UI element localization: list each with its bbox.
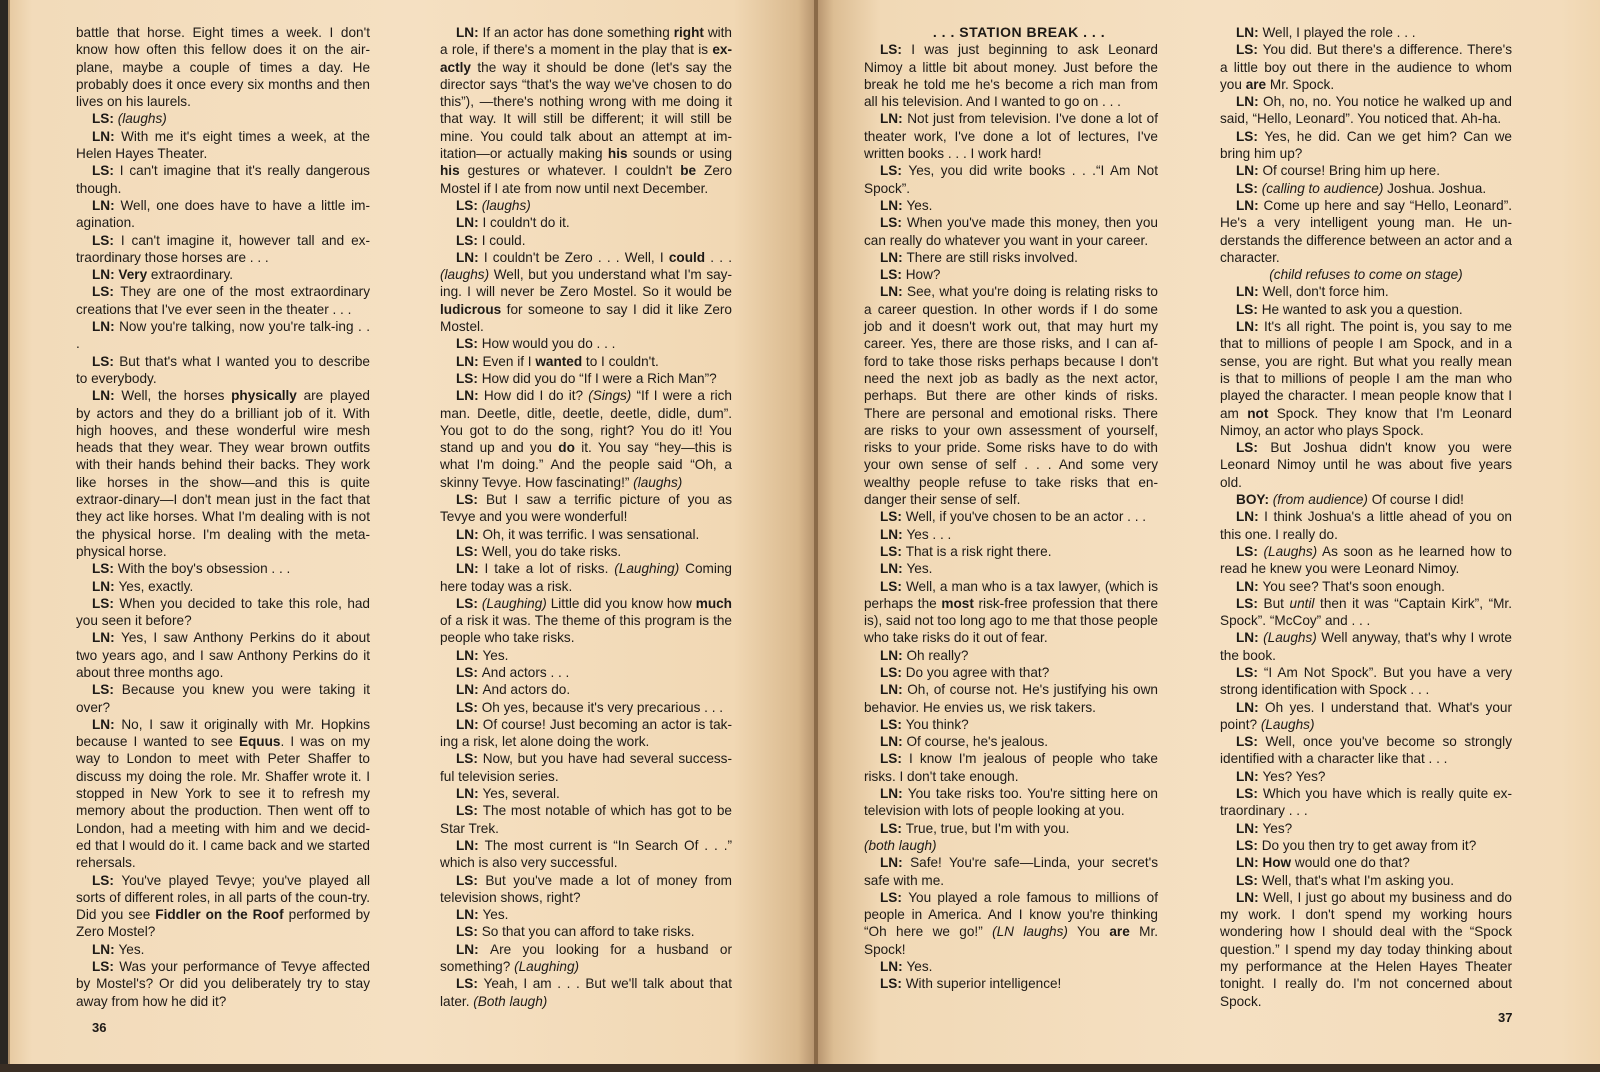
page-number-right: 37	[1498, 1010, 1512, 1025]
dialogue-text: Oh, it was terrific. I was sensational.	[482, 527, 699, 542]
speaker-label: LS:	[456, 596, 482, 611]
dialogue-paragraph: LS: Because you knew you were taking it …	[76, 681, 370, 716]
dialogue-paragraph: LS: (Laughs) As soon as he learned how t…	[1220, 543, 1512, 578]
stage-direction: (laughs)	[118, 111, 167, 126]
dialogue-text: Yes.	[118, 942, 144, 957]
dialogue-text: not	[1247, 406, 1268, 421]
speaker-label: LS:	[456, 371, 482, 386]
speaker-label: LS:	[456, 700, 482, 715]
dialogue-text: do	[558, 440, 575, 455]
speaker-label: LS:	[880, 163, 908, 178]
dialogue-text: are	[1109, 924, 1129, 939]
dialogue-paragraph: LS: Which you have which is really quite…	[1220, 785, 1512, 820]
speaker-label: LS:	[456, 336, 482, 351]
dialogue-text: Yes, I saw Anthony Perkins do it about t…	[76, 630, 370, 680]
dialogue-paragraph: LS: Was your performance of Tevye affect…	[76, 958, 370, 1010]
dialogue-text: Yes, you did write books . . .“I Am Not …	[864, 163, 1158, 195]
dialogue-paragraph: LN: Yes.	[864, 197, 1158, 214]
dialogue-text: Was your performance of Tevye affected b…	[76, 959, 370, 1009]
dialogue-text: to I couldn't.	[582, 354, 659, 369]
dialogue-paragraph: LN: Come up here and say “Hello, Leonard…	[1220, 197, 1512, 266]
dialogue-text: . I was on my way to London to meet with…	[76, 734, 370, 870]
dialogue-paragraph: LN: I couldn't do it.	[440, 214, 732, 231]
dialogue-text: You think?	[906, 717, 969, 732]
speaker-label: LS:	[456, 665, 482, 680]
speaker-label: LN:	[880, 561, 906, 576]
dialogue-text: sounds or using	[628, 146, 732, 161]
speaker-label: LN:	[880, 682, 907, 697]
dialogue-paragraph: LS: I know I'm jealous of people who tak…	[864, 750, 1158, 785]
dialogue-paragraph: LN: Now you're talking, now you're talk-…	[76, 318, 370, 353]
dialogue-paragraph: LN: Yes.	[864, 958, 1158, 975]
dialogue-text: Of course, he's jealous.	[906, 734, 1048, 749]
dialogue-paragraph: LN: Of course, he's jealous.	[864, 733, 1158, 750]
dialogue-paragraph: LN: Of course! Bring him up here.	[1220, 162, 1512, 179]
dialogue-text: Of course! Just becoming an actor is tak…	[440, 717, 732, 749]
dialogue-paragraph: LN: Well, the horses physically are play…	[76, 387, 370, 560]
stage-direction: (Laughing)	[514, 959, 579, 974]
speaker-label: LN:	[1236, 163, 1262, 178]
dialogue-paragraph: LS: I could.	[440, 232, 732, 249]
dialogue-paragraph: LN: And actors do.	[440, 681, 732, 698]
speaker-label: LS:	[880, 821, 906, 836]
speaker-label: LN:	[456, 786, 482, 801]
dialogue-text: Yes, he did. Can we get him? Can we brin…	[1220, 129, 1512, 161]
dialogue-text: How would you do . . .	[482, 336, 616, 351]
dialogue-text: You take risks too. You're sitting here …	[864, 786, 1158, 818]
speaker-label: LS:	[880, 509, 906, 524]
dialogue-text: Yes.	[906, 561, 932, 576]
dialogue-text: Do you then try to get away from it?	[1262, 838, 1477, 853]
left-page: battle that horse. Eight times a week. I…	[8, 0, 814, 1068]
dialogue-text: Fiddler on the Roof	[155, 907, 283, 922]
dialogue-paragraph: LS: True, true, but I'm with you.	[864, 820, 1158, 837]
dialogue-paragraph: LN: Oh yes. I understand that. What's yo…	[1220, 699, 1512, 734]
dialogue-paragraph: LN: Yes?	[1220, 820, 1512, 837]
dialogue-paragraph: LS: But until then it was “Captain Kirk”…	[1220, 595, 1512, 630]
dialogue-paragraph: LN: How would one do that?	[1220, 854, 1512, 871]
dialogue-text: How did you do “If I were a Rich Man”?	[482, 371, 717, 386]
speaker-label: LN:	[92, 198, 120, 213]
speaker-label: LS:	[456, 492, 486, 507]
dialogue-paragraph: LS: I was just beginning to ask Leonard …	[864, 41, 1158, 110]
dialogue-paragraph: LN: Of course! Just becoming an actor is…	[440, 716, 732, 751]
speaker-label: LN:	[1236, 700, 1265, 715]
speaker-label: LS:	[1236, 873, 1262, 888]
dialogue-text: But that's what I wanted you to describe…	[76, 354, 370, 386]
dialogue-paragraph: LS: (laughs)	[440, 197, 732, 214]
dialogue-paragraph: (child refuses to come on stage)	[1220, 266, 1512, 283]
dialogue-text: Well, one does have to have a little im-…	[76, 198, 370, 230]
dialogue-text: When you decided to take this role, had …	[76, 596, 370, 628]
speaker-label: LS:	[880, 579, 906, 594]
dialogue-paragraph: LN: Yes.	[864, 560, 1158, 577]
speaker-label: LS:	[880, 890, 908, 905]
speaker-label: LS:	[880, 215, 907, 230]
dialogue-text: Well, if you've chosen to be an actor . …	[906, 509, 1146, 524]
stage-direction: (laughs)	[440, 267, 489, 282]
dialogue-paragraph: LN: Not just from television. I've done …	[864, 110, 1158, 162]
speaker-label: LN:	[92, 319, 119, 334]
speaker-label: LN:	[456, 215, 482, 230]
speaker-label: LN:	[456, 838, 485, 853]
dialogue-paragraph: LN: Yes.	[440, 647, 732, 664]
dialogue-text: If an actor has done something	[483, 25, 674, 40]
dialogue-paragraph: LN: Safe! You're safe—Linda, your secret…	[864, 854, 1158, 889]
speaker-label: LN:	[880, 284, 907, 299]
dialogue-text: Yes, exactly.	[118, 579, 193, 594]
speaker-label: LS:	[92, 163, 120, 178]
dialogue-paragraph: BOY: (from audience) Of course I did!	[1220, 491, 1512, 508]
dialogue-paragraph: LS: Yes, he did. Can we get him? Can we …	[1220, 128, 1512, 163]
dialogue-paragraph: LS: You did. But there's a difference. T…	[1220, 41, 1512, 93]
dialogue-paragraph: LS: But Joshua didn't know you were Leon…	[1220, 439, 1512, 491]
dialogue-paragraph: LN: Yes . . .	[864, 526, 1158, 543]
dialogue-text: Oh, of course not. He's justifying his o…	[864, 682, 1158, 714]
dialogue-text: Yes.	[482, 907, 508, 922]
dialogue-paragraph: LN: Even if I wanted to I couldn't.	[440, 353, 732, 370]
stage-direction: (Laughs)	[1261, 717, 1315, 732]
dialogue-paragraph: LS: When you've made this money, then yo…	[864, 214, 1158, 249]
stage-direction: (from audience)	[1273, 492, 1368, 507]
speaker-label: LS:	[456, 198, 482, 213]
dialogue-text: most	[941, 596, 973, 611]
dialogue-paragraph: LN: There are still risks involved.	[864, 249, 1158, 266]
dialogue-text: With the boy's obsession . . .	[118, 561, 291, 576]
dialogue-text: Well, I played the role . . .	[1262, 25, 1415, 40]
speaker-label: LS:	[1236, 440, 1270, 455]
dialogue-paragraph: LS: You played a role famous to millions…	[864, 889, 1158, 958]
dialogue-paragraph: LS: They are one of the most extraordina…	[76, 283, 370, 318]
dialogue-paragraph: LS: Do you agree with that?	[864, 664, 1158, 681]
dialogue-paragraph: LN: Well, one does have to have a little…	[76, 197, 370, 232]
dialogue-paragraph: LS: Oh yes, because it's very precarious…	[440, 699, 732, 716]
column-1: battle that horse. Eight times a week. I…	[76, 24, 370, 1010]
dialogue-paragraph: LN: With me it's eight times a week, at …	[76, 128, 370, 163]
dialogue-text: Yes?	[1262, 821, 1292, 836]
dialogue-text: could	[669, 250, 705, 265]
speaker-label: LN:	[1236, 821, 1262, 836]
dialogue-text: of a risk it was. The theme of this prog…	[440, 613, 732, 645]
dialogue-text: his	[608, 146, 628, 161]
speaker-label: BOY:	[1236, 492, 1273, 507]
speaker-label: LN:	[456, 527, 482, 542]
dialogue-paragraph: LS: (Laughing) Little did you know how m…	[440, 595, 732, 647]
dialogue-paragraph: LN: Yes, exactly.	[76, 578, 370, 595]
speaker-label: LN:	[880, 959, 906, 974]
dialogue-text: Little did you know how	[547, 596, 696, 611]
speaker-label: LN:	[880, 734, 906, 749]
dialogue-paragraph: LN: (Laughs) Well anyway, that's why I w…	[1220, 629, 1512, 664]
dialogue-text: . . .	[705, 250, 732, 265]
speaker-label: LN:	[456, 942, 490, 957]
speaker-label: LN:	[456, 717, 483, 732]
dialogue-paragraph: LS: So that you can afford to take risks…	[440, 923, 732, 940]
dialogue-paragraph: LN: How did I do it? (Sings) “If I were …	[440, 387, 732, 491]
dialogue-paragraph: LN: Oh really?	[864, 647, 1158, 664]
speaker-label: LN:	[1236, 94, 1263, 109]
dialogue-paragraph: (both laugh)	[864, 837, 1158, 854]
dialogue-text: Yes? Yes?	[1262, 769, 1325, 784]
dialogue-paragraph: LN: Are you looking for a husband or som…	[440, 941, 732, 976]
speaker-label: LN:	[880, 198, 906, 213]
dialogue-text: That is a risk right there.	[906, 544, 1052, 559]
dialogue-paragraph: LS: I can't imagine that it's really dan…	[76, 162, 370, 197]
stage-direction: (LN laughs)	[992, 924, 1068, 939]
magazine-spread: battle that horse. Eight times a week. I…	[8, 0, 1600, 1068]
dialogue-text: I take a lot of risks.	[485, 561, 615, 576]
dialogue-paragraph: LN: You take risks too. You're sitting h…	[864, 785, 1158, 820]
speaker-label: LN:	[1236, 284, 1262, 299]
dialogue-paragraph: LS: “I Am Not Spock”. But you have a ver…	[1220, 664, 1512, 699]
dialogue-text: True, true, but I'm with you.	[906, 821, 1070, 836]
dialogue-text: Joshua. Joshua.	[1383, 181, 1486, 196]
speaker-label: LS:	[1236, 786, 1263, 801]
dialogue-text: Mr. Spock.	[1266, 77, 1334, 92]
dialogue-text: Well, you do take risks.	[482, 544, 622, 559]
dialogue-text: “I Am Not Spock”. But you have a very st…	[1220, 665, 1512, 697]
speaker-label: LN:	[92, 579, 118, 594]
speaker-label: LS:	[1236, 181, 1262, 196]
speaker-label: LN:	[456, 561, 485, 576]
speaker-label: LN:	[456, 648, 482, 663]
stage-direction: (calling to audience)	[1262, 181, 1384, 196]
dialogue-text: his	[440, 163, 460, 178]
dialogue-paragraph: LS: But you've made a lot of money from …	[440, 872, 732, 907]
dialogue-paragraph: LN: Well, don't force him.	[1220, 283, 1512, 300]
dialogue-text: be	[680, 163, 696, 178]
dialogue-text: You see? That's soon enough.	[1262, 579, 1445, 594]
stage-direction: (Laughs)	[1263, 630, 1317, 645]
dialogue-paragraph: LN: No, I saw it originally with Mr. Hop…	[76, 716, 370, 872]
speaker-label: LS:	[880, 544, 906, 559]
stage-direction: (laughs)	[482, 198, 531, 213]
dialogue-text: Of course! Bring him up here.	[1262, 163, 1440, 178]
dialogue-paragraph: LS: You think?	[864, 716, 1158, 733]
speaker-label: LN: How	[1236, 855, 1291, 870]
dialogue-text: Equus	[239, 734, 281, 749]
dialogue-text: I know I'm jealous of people who take ri…	[864, 751, 1158, 783]
stage-direction: (child refuses to come on stage)	[1269, 267, 1462, 282]
dialogue-text: Yes.	[482, 648, 508, 663]
speaker-label: LS:	[1236, 544, 1264, 559]
speaker-label: LS:	[92, 354, 119, 369]
dialogue-text: Yes . . .	[906, 527, 951, 542]
speaker-label: LN:	[92, 129, 121, 144]
dialogue-text: Oh yes, because it's very precarious . .…	[482, 700, 723, 715]
speaker-label: LN:	[880, 527, 906, 542]
stage-direction: (Sings)	[588, 388, 631, 403]
speaker-label: LS:	[456, 976, 484, 991]
speaker-label: LN:	[880, 855, 910, 870]
speaker-label: LS:	[456, 751, 483, 766]
speaker-label: LN:	[880, 250, 906, 265]
speaker-label: LS:	[880, 717, 906, 732]
page-bottom-edge	[0, 1064, 1600, 1072]
dialogue-text: would one do that?	[1291, 855, 1410, 870]
speaker-label: LN:	[92, 630, 121, 645]
dialogue-paragraph: LS: When you decided to take this role, …	[76, 595, 370, 630]
dialogue-paragraph: LS: I can't imagine it, however tall and…	[76, 232, 370, 267]
speaker-label: LN:	[1236, 25, 1262, 40]
speaker-label: LS:	[1236, 596, 1264, 611]
dialogue-paragraph: LN: The most current is “In Search Of . …	[440, 837, 732, 872]
dialogue-text: ludicrous	[440, 302, 501, 317]
dialogue-paragraph: LS: Well, a man who is a tax lawyer, (wh…	[864, 578, 1158, 647]
dialogue-paragraph: LS: Yeah, I am . . . But we'll talk abou…	[440, 975, 732, 1010]
dialogue-paragraph: LN: I couldn't be Zero . . . Well, I cou…	[440, 249, 732, 335]
speaker-label: LN:	[880, 648, 906, 663]
dialogue-text: They are one of the most extraordinary c…	[76, 284, 370, 316]
speaker-label: LN:	[1236, 319, 1264, 334]
speaker-label: LN: Very	[92, 267, 147, 282]
speaker-label: LS:	[456, 873, 485, 888]
dialogue-text: extraordinary.	[147, 267, 233, 282]
binding-edge	[8, 0, 10, 1068]
dialogue-text: And actors . . .	[482, 665, 570, 680]
dialogue-paragraph: LS: Yes, you did write books . . .“I Am …	[864, 162, 1158, 197]
dialogue-text: With me it's eight times a week, at the …	[76, 129, 370, 161]
dialogue-text: I can't imagine that it's really dangero…	[76, 163, 370, 195]
speaker-label: LN:	[880, 111, 907, 126]
stage-direction: (both laugh)	[864, 838, 937, 853]
dialogue-paragraph: LN: Yes, I saw Anthony Perkins do it abo…	[76, 629, 370, 681]
dialogue-text: I couldn't do it.	[482, 215, 569, 230]
column-3: . . . STATION BREAK . . . LS: I was just…	[864, 24, 1158, 993]
dialogue-paragraph: LS: How did you do “If I were a Rich Man…	[440, 370, 732, 387]
dialogue-paragraph: LN: If an actor has done something right…	[440, 24, 732, 197]
dialogue-text: Not just from television. I've done a lo…	[864, 111, 1158, 161]
dialogue-text: are played by actors and they do a brill…	[76, 388, 370, 559]
speaker-label: LS:	[1236, 734, 1265, 749]
dialogue-text: wanted	[535, 354, 582, 369]
dialogue-text: He wanted to ask you a question.	[1262, 302, 1463, 317]
dialogue-text: Oh really?	[906, 648, 968, 663]
speaker-label: LN:	[1236, 509, 1264, 524]
speaker-label: LN:	[1236, 630, 1263, 645]
speaker-label: LS:	[92, 682, 122, 697]
dialogue-text: But	[1264, 596, 1290, 611]
dialogue-text: Well, the horses	[121, 388, 231, 403]
speaker-label: LN:	[1236, 579, 1262, 594]
stage-direction: (Both laugh)	[473, 994, 547, 1009]
speaker-label: LN:	[880, 786, 908, 801]
speaker-label: LS:	[1236, 838, 1262, 853]
speaker-label: LN:	[456, 25, 483, 40]
speaker-label: LN:	[456, 388, 484, 403]
dialogue-paragraph: LS: How would you do . . .	[440, 335, 732, 352]
dialogue-text: Oh, no, no. You notice he walked up and …	[1220, 94, 1512, 126]
dialogue-text: So that you can afford to take risks.	[482, 924, 695, 939]
stage-direction: until	[1290, 596, 1315, 611]
speaker-label: LS:	[92, 959, 119, 974]
dialogue-text: And actors do.	[482, 682, 570, 697]
dialogue-paragraph: LS: He wanted to ask you a question.	[1220, 301, 1512, 318]
dialogue-text: Of course I did!	[1368, 492, 1464, 507]
speaker-label: LS:	[92, 233, 121, 248]
right-page: . . . STATION BREAK . . . LS: I was just…	[818, 0, 1600, 1068]
dialogue-paragraph: LS: Well, once you've become so strongly…	[1220, 733, 1512, 768]
dialogue-text: right	[674, 25, 704, 40]
dialogue-paragraph: LN: Well, I played the role . . .	[1220, 24, 1512, 41]
speaker-label: LS:	[880, 42, 911, 57]
column-4: LN: Well, I played the role . . .LS: You…	[1220, 24, 1512, 1010]
speaker-label: LN:	[1236, 198, 1263, 213]
speaker-label: LS:	[456, 803, 483, 818]
column-2: LN: If an actor has done something right…	[440, 24, 732, 1010]
dialogue-text: You	[1068, 924, 1109, 939]
dialogue-text: Yes, several.	[482, 786, 559, 801]
stage-direction: (laughs)	[633, 475, 682, 490]
dialogue-paragraph: LS: With the boy's obsession . . .	[76, 560, 370, 577]
dialogue-text: When you've made this money, then you ca…	[864, 215, 1158, 247]
dialogue-text: Come up here and say “Hello, Leonard”. H…	[1220, 198, 1512, 265]
dialogue-paragraph: LN: Well, I just go about my business an…	[1220, 889, 1512, 1010]
dialogue-paragraph: LS: How?	[864, 266, 1158, 283]
speaker-label: LS:	[92, 284, 120, 299]
speaker-label: LN:	[456, 907, 482, 922]
speaker-label: LS:	[880, 267, 906, 282]
speaker-label: LN:	[92, 717, 121, 732]
dialogue-text: Yes.	[906, 198, 932, 213]
dialogue-text: Well, I just go about my business and do…	[1220, 890, 1512, 1009]
dialogue-paragraph: LN: Yes.	[76, 941, 370, 958]
speaker-label: LS:	[880, 751, 909, 766]
dialogue-text: I couldn't be Zero . . . Well, I	[484, 250, 669, 265]
dialogue-paragraph: battle that horse. Eight times a week. I…	[76, 24, 370, 110]
speaker-label: LN:	[1236, 890, 1263, 905]
dialogue-paragraph: LN: See, what you're doing is relating r…	[864, 283, 1158, 508]
speaker-label: LS:	[1236, 302, 1262, 317]
dialogue-text: Now you're talking, now you're talk-ing …	[76, 319, 370, 351]
dialogue-text: Now, but you have had several success-fu…	[440, 751, 732, 783]
speaker-label: LN:	[92, 942, 118, 957]
speaker-label: LS:	[1236, 665, 1264, 680]
dialogue-paragraph: LS: Well, you do take risks.	[440, 543, 732, 560]
speaker-label: LN:	[1236, 769, 1262, 784]
section-heading: . . . STATION BREAK . . .	[864, 24, 1158, 41]
dialogue-text: With superior intelligence!	[906, 976, 1062, 991]
dialogue-paragraph: LN: Very extraordinary.	[76, 266, 370, 283]
speaker-label: LS:	[92, 873, 121, 888]
dialogue-text: The most notable of which has got to be …	[440, 803, 732, 835]
speaker-label: LN:	[456, 354, 482, 369]
dialogue-paragraph: LN: Yes? Yes?	[1220, 768, 1512, 785]
dialogue-text: Do you agree with that?	[906, 665, 1050, 680]
dialogue-text: Yes.	[906, 959, 932, 974]
speaker-label: LS:	[456, 544, 482, 559]
dialogue-text: Well, that's what I'm asking you.	[1262, 873, 1454, 888]
dialogue-text: The most current is “In Search Of . . .”…	[440, 838, 732, 870]
dialogue-paragraph: LS: (laughs)	[76, 110, 370, 127]
speaker-label: LS:	[1236, 42, 1263, 57]
dialogue-paragraph: LN: I think Joshua's a little ahead of y…	[1220, 508, 1512, 543]
speaker-label: LS:	[92, 561, 118, 576]
dialogue-paragraph: LN: Oh, no, no. You notice he walked up …	[1220, 93, 1512, 128]
dialogue-text: How?	[906, 267, 941, 282]
dialogue-paragraph: LS: Now, but you have had several succes…	[440, 750, 732, 785]
speaker-label: LS:	[880, 665, 906, 680]
dialogue-text: gestures or whatever. I couldn't	[460, 163, 681, 178]
stage-direction: (Laughs)	[1264, 544, 1318, 559]
speaker-label: LS:	[456, 233, 482, 248]
dialogue-text: battle that horse. Eight times a week. I…	[76, 25, 370, 109]
dialogue-text: There are still risks involved.	[906, 250, 1078, 265]
dialogue-text: Even if I	[482, 354, 535, 369]
page-number-left: 36	[92, 1020, 106, 1035]
dialogue-paragraph: LS: And actors . . .	[440, 664, 732, 681]
speaker-label: LN:	[456, 682, 482, 697]
